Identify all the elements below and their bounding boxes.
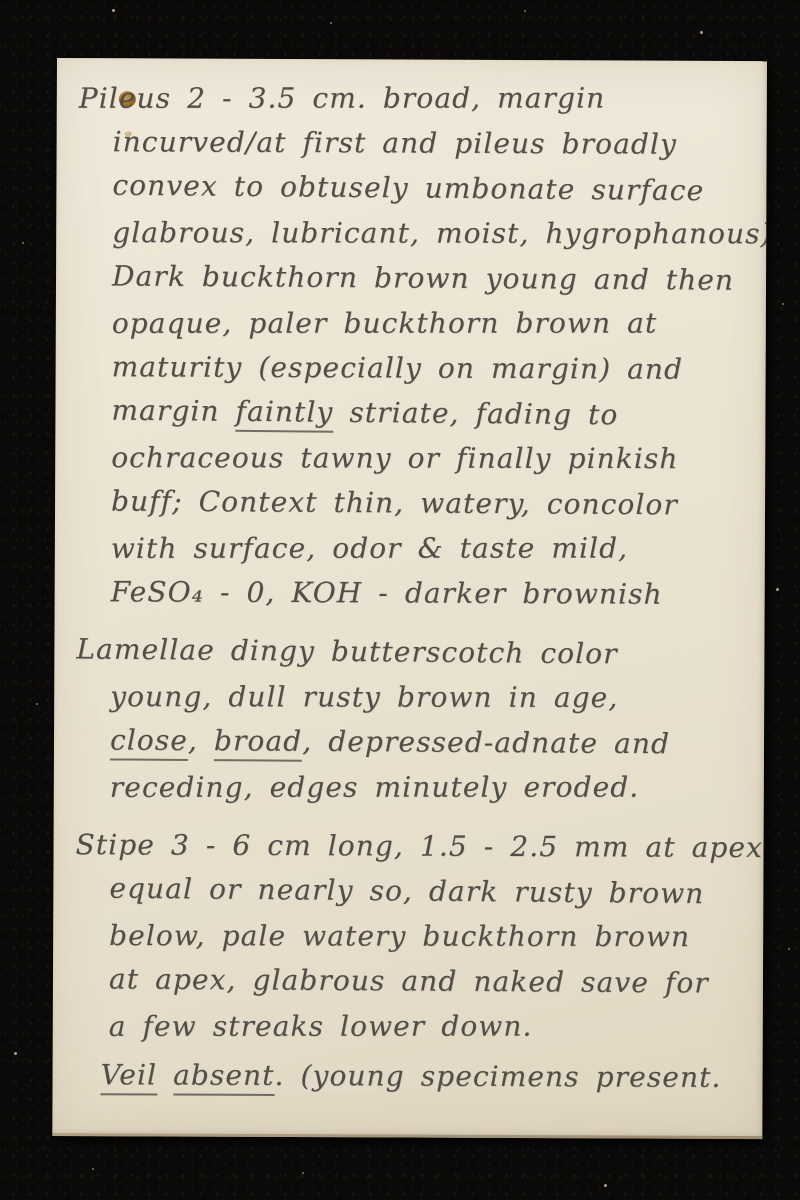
handwritten-line: Pileus 2 - 3.5 cm. broad, margin	[79, 81, 767, 126]
handwritten-segment: margin	[111, 394, 235, 428]
handwritten-segment: ochraceous tawny or finally pinkish	[111, 441, 678, 475]
underlined-word: absent	[173, 1059, 275, 1096]
dust-speck	[700, 31, 703, 34]
handwritten-line: young, dull rusty brown in age,	[110, 680, 764, 726]
handwritten-line: ochraceous tawny or finally pinkish	[111, 441, 765, 487]
handwritten-segment: young, dull rusty brown in age,	[110, 680, 618, 714]
handwritten-segment: opaque, paler buckthorn brown at	[112, 307, 658, 340]
dust-speck	[22, 242, 24, 244]
handwritten-line: Dark buckthorn brown young and then	[112, 259, 766, 308]
handwritten-line: margin faintly striate, fading to	[111, 394, 765, 445]
dust-speck	[112, 9, 115, 12]
handwritten-segment: below, pale watery buckthorn brown	[109, 919, 690, 953]
handwritten-line: FeSO₄ - 0, KOH - darker brownish	[111, 575, 765, 623]
handwritten-segment: striate, fading to	[333, 396, 618, 432]
note-paragraph-veil: Veil absent. (young specimens present.	[66, 1058, 762, 1106]
handwritten-segment: maturity (especially on margin) and	[112, 350, 684, 385]
dust-speck	[302, 1172, 304, 1174]
handwritten-line: equal or nearly so, dark rusty brown	[109, 872, 763, 923]
handwritten-segment: glabrous, lubricant, moist, hygrophanous…	[112, 216, 767, 250]
handwritten-line: glabrous, lubricant, moist, hygrophanous…	[112, 216, 766, 262]
handwritten-segment: convex to obtusely umbonate surface	[112, 169, 704, 207]
note-card: Pileus 2 - 3.5 cm. broad, marginincurved…	[52, 58, 767, 1139]
underlined-word: close	[110, 723, 188, 761]
handwritten-segment: Stipe 3 - 6 cm long, 1.5 - 2.5 mm at ape…	[75, 828, 766, 864]
handwritten-segment: FeSO₄ - 0, KOH - darker brownish	[111, 575, 663, 610]
handwritten-segment: . (young specimens present.	[274, 1059, 721, 1094]
dust-speck	[604, 1184, 607, 1187]
handwritten-line: convex to obtusely umbonate surface	[112, 169, 766, 220]
handwritten-segment: receding, edges minutely eroded.	[110, 771, 640, 804]
handwritten-line: receding, edges minutely eroded.	[110, 770, 764, 815]
dust-speck	[782, 303, 784, 305]
dust-speck	[524, 10, 526, 12]
dust-speck	[14, 1052, 17, 1055]
handwritten-segment: ,	[188, 724, 214, 757]
handwritten-line: below, pale watery buckthorn brown	[109, 919, 763, 965]
handwritten-line: Stipe 3 - 6 cm long, 1.5 - 2.5 mm at ape…	[75, 828, 763, 876]
handwritten-segment: , depressed-adnate and	[302, 725, 670, 761]
dust-speck	[788, 948, 790, 950]
photo-background: Pileus 2 - 3.5 cm. broad, marginincurved…	[0, 0, 800, 1200]
handwritten-line: close, broad, depressed-adnate and	[110, 723, 764, 772]
underlined-word: broad	[214, 724, 303, 762]
handwritten-line: with surface, odor & taste mild,	[111, 531, 765, 576]
handwritten-segment: at apex, glabrous and naked save for	[109, 962, 709, 999]
handwritten-segment	[157, 1058, 173, 1091]
handwritten-segment: a few streaks lower down.	[109, 1010, 533, 1043]
handwritten-segment: buff; Context thin, watery, concolor	[111, 484, 678, 521]
note-paragraph-stipe: Stipe 3 - 6 cm long, 1.5 - 2.5 mm at ape…	[67, 828, 764, 1056]
note-paragraph-pileus: Pileus 2 - 3.5 cm. broad, marginincurved…	[69, 80, 767, 623]
handwritten-text: Pileus 2 - 3.5 cm. broad, marginincurved…	[66, 80, 766, 1106]
handwritten-line: opaque, paler buckthorn brown at	[112, 306, 766, 351]
handwritten-line: a few streaks lower down.	[109, 1009, 763, 1054]
handwritten-line: buff; Context thin, watery, concolor	[111, 484, 765, 533]
handwritten-segment: with surface, odor & taste mild,	[111, 532, 628, 565]
underlined-word: faintly	[235, 395, 333, 433]
handwritten-line: incurved/at first and pileus broadly	[113, 125, 767, 173]
handwritten-line: Lamellae dingy butterscotch color	[76, 632, 764, 683]
handwritten-segment: Pileus 2 - 3.5 cm. broad, margin	[79, 82, 606, 115]
handwritten-line: Veil absent. (young specimens present.	[100, 1058, 762, 1106]
underlined-word: Veil	[100, 1058, 157, 1095]
dust-speck	[330, 22, 332, 24]
dust-speck	[36, 703, 38, 705]
handwritten-segment: Dark buckthorn brown young and then	[112, 259, 734, 296]
note-paragraph-lamellae: Lamellae dingy butterscotch coloryoung, …	[68, 634, 765, 817]
dust-speck	[776, 588, 779, 591]
handwritten-line: maturity (especially on margin) and	[112, 350, 766, 398]
dust-speck	[92, 1168, 94, 1170]
handwritten-segment: incurved/at first and pileus broadly	[113, 125, 677, 160]
handwritten-segment: equal or nearly so, dark rusty brown	[109, 872, 704, 911]
handwritten-line: at apex, glabrous and naked save for	[109, 962, 763, 1011]
handwritten-segment: Lamellae dingy butterscotch color	[76, 632, 618, 670]
